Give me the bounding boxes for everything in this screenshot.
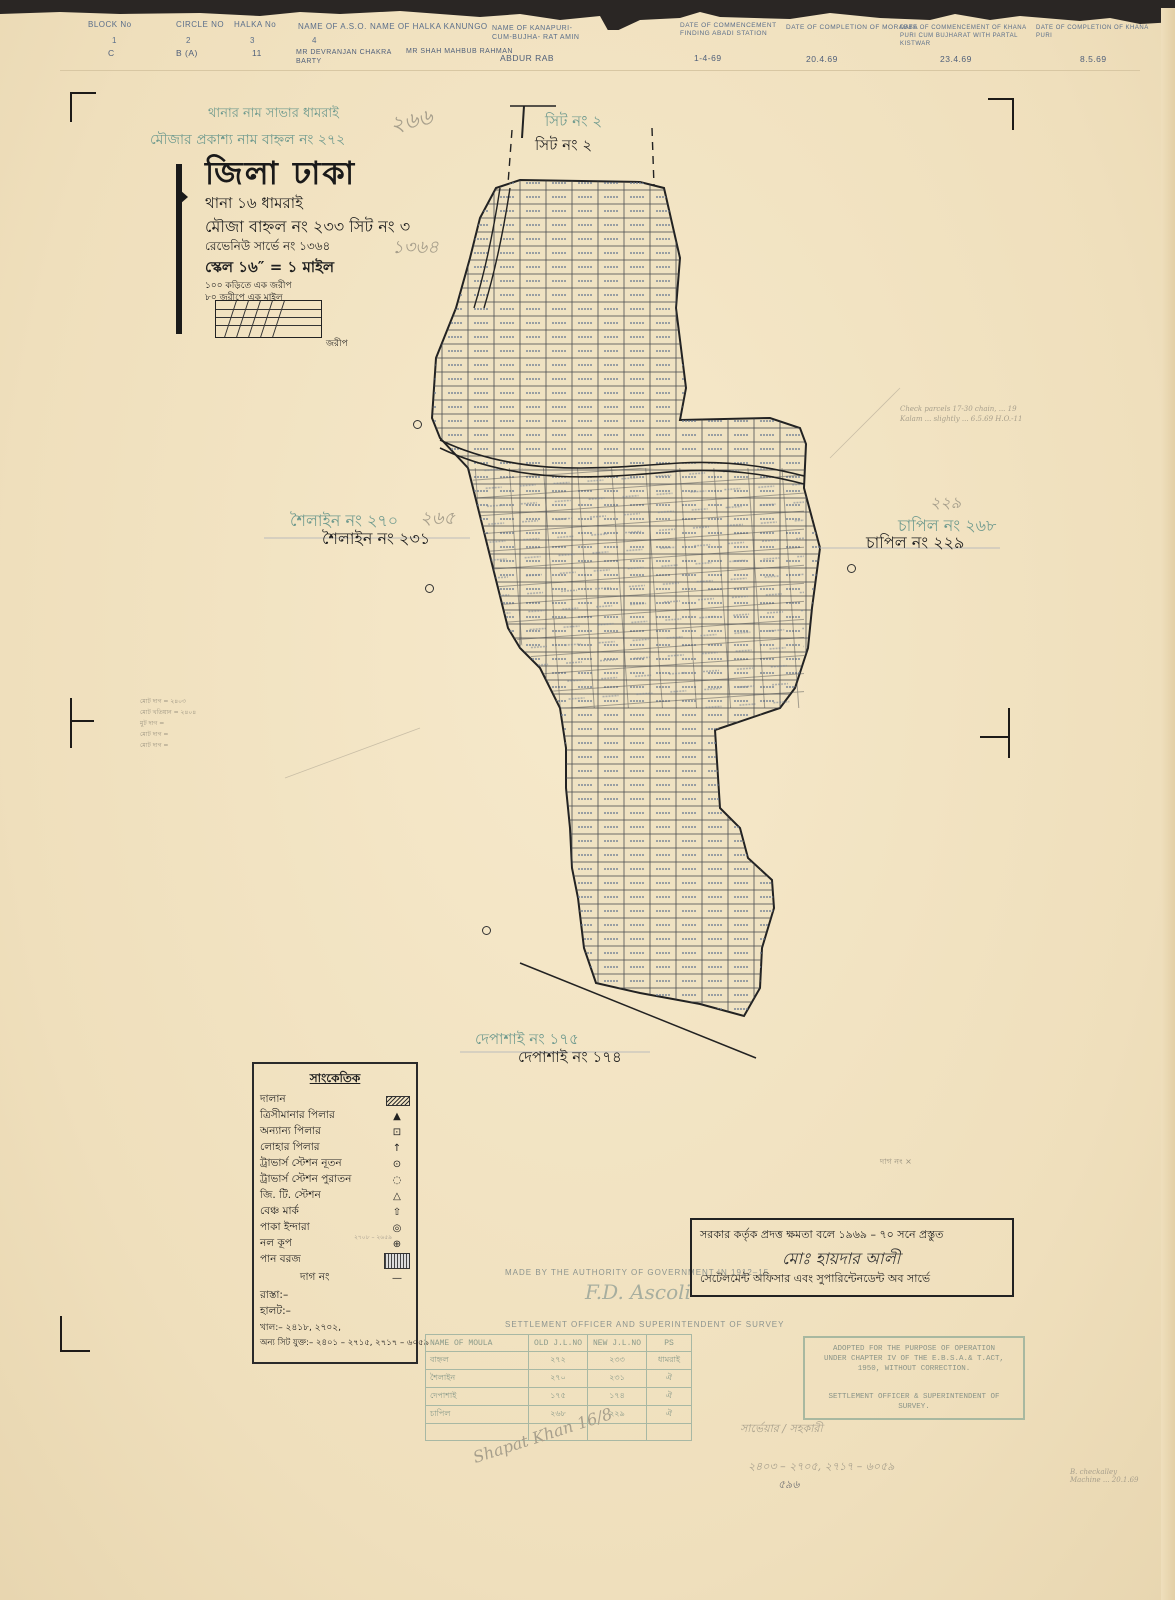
legend-other-sheet: অন্য সিট যুক্ত:– ২৪০১ – ২৭১৫, ২৭১৭ – ৬০৫… bbox=[260, 1336, 430, 1350]
table-cell: ঐ bbox=[647, 1406, 692, 1424]
traverse-station-icon bbox=[413, 420, 422, 429]
tri-junction-pillar-icon: ▲ bbox=[384, 1111, 410, 1122]
legend-item: ট্রাভার্স স্টেশন নূতন⊙ bbox=[260, 1156, 410, 1173]
table-cell: ২৭২ bbox=[529, 1352, 588, 1370]
left-stats: মোট দাগ = ২৪০৩ মোট খতিয়ান = ২৪০৪ মুট দা… bbox=[140, 696, 196, 751]
legend-label: অন্য সিট যুক্ত:– ২৪০১ – ২৭১৫, ২৭১৭ – ৬০৫… bbox=[260, 1336, 429, 1350]
legend-label: দাগ নং bbox=[300, 1270, 330, 1287]
table-row: বাহ্নল ২৭২ ২৩৩ ধামরাই bbox=[426, 1352, 692, 1370]
legend-item: দালান bbox=[260, 1092, 410, 1109]
table-cell: বাহ্নল bbox=[426, 1352, 529, 1370]
adopted-line: SETTLEMENT OFFICER & SUPERINTENDENT OF bbox=[805, 1392, 1023, 1402]
handwritten-note: B. checkalley Machine ... 20.1.69 bbox=[1070, 1468, 1140, 1484]
table-cell: ২৩১ bbox=[588, 1370, 647, 1388]
legend-item: লোহার পিলার↑ bbox=[260, 1140, 410, 1157]
stat-line: মোট দাগ = bbox=[140, 740, 196, 751]
plot-number-icon: — bbox=[384, 1273, 410, 1284]
legend-item: দাগ নং— bbox=[260, 1270, 410, 1287]
pencil-annotation: ২২৯ bbox=[930, 490, 961, 517]
legend-item: পান বরজ bbox=[260, 1252, 410, 1269]
table-header-row: NAME OF MOULA OLD J.L.NO NEW J.L.NO PS bbox=[426, 1335, 692, 1352]
table-cell: ঐ bbox=[647, 1388, 692, 1406]
ascoli-signature: F.D. Ascoli bbox=[585, 1280, 691, 1304]
adopted-stamp-box: ADOPTED FOR THE PURPOSE OF OPERATION UND… bbox=[803, 1336, 1025, 1420]
legend-label: ট্রাভার্স স্টেশন নূতন bbox=[260, 1156, 342, 1173]
legend-label: খাল:– ২৪১৮, ২৭০২, bbox=[260, 1320, 341, 1335]
legend-item: জি. টি. স্টেশন△ bbox=[260, 1188, 410, 1205]
column-header: NAME OF MOULA bbox=[426, 1335, 529, 1352]
boundary-north-old: সিট নং ২ bbox=[545, 110, 602, 135]
legend-label: পান বরজ bbox=[260, 1252, 301, 1269]
traverse-station-icon bbox=[482, 926, 491, 935]
table-cell: ১৭৪ bbox=[588, 1388, 647, 1406]
new-traverse-station-icon: ⊙ bbox=[384, 1159, 410, 1170]
pencil-annotation: ২৬৫ bbox=[420, 504, 455, 535]
settlement-officer-caption: SETTLEMENT OFFICER AND SUPERINTENDENT OF… bbox=[505, 1320, 784, 1329]
column-header: OLD J.L.NO bbox=[529, 1335, 588, 1352]
legend-label: জি. টি. স্টেশন bbox=[260, 1188, 321, 1205]
legend-label: নল কূপ bbox=[260, 1236, 292, 1253]
table-cell: ১৭৫ bbox=[529, 1388, 588, 1406]
table-row: দেপাশাই ১৭৫ ১৭৪ ঐ bbox=[426, 1388, 692, 1406]
legend-item: বেঞ্চ মার্ক⇧ bbox=[260, 1204, 410, 1221]
boundary-west: শৈলাইন নং ২৩১ bbox=[322, 526, 430, 553]
legend-label: দালান bbox=[260, 1092, 286, 1109]
legend-title: সাংকেতিক bbox=[254, 1070, 416, 1090]
stat-line: মুট দাগ = bbox=[140, 718, 196, 729]
table-cell: ধামরাই bbox=[647, 1352, 692, 1370]
legend-haat: হালট:– bbox=[260, 1304, 410, 1321]
legend-label: পাকা ইন্দারা bbox=[260, 1220, 310, 1237]
gov-box-line-2: সেটেলমেন্ট অফিসার এবং সুপারিন্টেনডেন্ট অ… bbox=[700, 1270, 930, 1289]
sheet-edge bbox=[1161, 8, 1175, 1600]
column-header: PS bbox=[647, 1335, 692, 1352]
legend-label: অন্যান্য পিলার bbox=[260, 1124, 321, 1141]
adopted-caption: SETTLEMENT OFFICER & SUPERINTENDENT OF S… bbox=[805, 1392, 1023, 1412]
legend-label: ট্রাভার্স স্টেশন পুরাতন bbox=[260, 1172, 351, 1189]
legend-box: সাংকেতিক দালান ত্রিসীমানার পিলার▲ অন্যান… bbox=[252, 1062, 418, 1364]
legend-item: অন্যান্য পিলার⊡ bbox=[260, 1124, 410, 1141]
stat-line: মোট খতিয়ান = ২৪০৪ bbox=[140, 707, 196, 718]
adopted-line: 1950, WITHOUT CORRECTION. bbox=[805, 1364, 1023, 1374]
old-traverse-station-icon: ◌ bbox=[384, 1175, 410, 1186]
legend-item: ট্রাভার্স স্টেশন পুরাতন◌ bbox=[260, 1172, 410, 1189]
handwritten-note: ২৪০৩ – ২৭০৫, ২৭১৭ – ৬০৫৯ bbox=[748, 1458, 894, 1477]
legend-canal: খাল:– ২৪১৮, ২৭০২, bbox=[260, 1320, 410, 1335]
boundary-south: দেপাশাই নং ১৭৪ bbox=[518, 1046, 622, 1071]
table-cell: শৈলাইন bbox=[426, 1370, 529, 1388]
bench-mark-icon: ⇧ bbox=[384, 1207, 410, 1218]
betel-garden-hatch-icon bbox=[384, 1253, 410, 1269]
stat-line: মোট দাগ = bbox=[140, 729, 196, 740]
other-pillar-icon: ⊡ bbox=[384, 1127, 410, 1138]
officer-signature: মোঃ হায়দার আলী bbox=[782, 1246, 900, 1273]
table-cell: ২৩৩ bbox=[588, 1352, 647, 1370]
legend-label: লোহার পিলার bbox=[260, 1140, 320, 1157]
handwritten-note: ৫৯৬ bbox=[778, 1476, 799, 1495]
boundary-north: সিট নং ২ bbox=[535, 134, 592, 159]
legend-roads: রাস্তা:– bbox=[260, 1288, 410, 1305]
government-authority-box: সরকার কর্তৃক প্রদত্ত ক্ষমতা বলে ১৯৬৯ – ৭… bbox=[690, 1218, 1014, 1297]
column-header: NEW J.L.NO bbox=[588, 1335, 647, 1352]
handwritten-note: সার্ভেয়ার / সহকারী bbox=[740, 1420, 823, 1439]
legend-label: বেঞ্চ মার্ক bbox=[260, 1204, 299, 1221]
legend-label: ত্রিসীমানার পিলার bbox=[260, 1108, 335, 1125]
legend-label: হালট:– bbox=[260, 1304, 291, 1321]
gt-station-icon: △ bbox=[384, 1191, 410, 1202]
gov-box-line-1: সরকার কর্তৃক প্রদত্ত ক্ষমতা বলে ১৯৬৯ – ৭… bbox=[700, 1226, 943, 1245]
building-hatch-icon bbox=[386, 1096, 410, 1106]
legend-label: রাস্তা:– bbox=[260, 1288, 288, 1305]
table-cell: দেপাশাই bbox=[426, 1388, 529, 1406]
adopted-line: ADOPTED FOR THE PURPOSE OF OPERATION bbox=[805, 1344, 1023, 1354]
table-cell: ঐ bbox=[647, 1370, 692, 1388]
legend-item: ত্রিসীমানার পিলার▲ bbox=[260, 1108, 410, 1125]
adopted-line: UNDER CHAPTER IV OF THE E.B.S.A.& T.ACT, bbox=[805, 1354, 1023, 1364]
boundary-east: চাপিল নং ২২৯ bbox=[866, 530, 964, 557]
table-cell: চাপিল bbox=[426, 1406, 529, 1424]
pencil-annotation: Check parcels 17-30 chain, ... 19 Kalam … bbox=[900, 404, 1040, 424]
table-cell: ২৭০ bbox=[529, 1370, 588, 1388]
table-row: শৈলাইন ২৭০ ২৩১ ঐ bbox=[426, 1370, 692, 1388]
traverse-station-icon bbox=[425, 584, 434, 593]
iron-pillar-icon: ↑ bbox=[384, 1143, 410, 1154]
traverse-station-icon bbox=[847, 564, 856, 573]
pencil-annotation: দাগ নং × bbox=[880, 1156, 912, 1169]
pencil-annotation: ২৭০৮ – ২৬৫৯ bbox=[354, 1232, 392, 1243]
stat-line: মোট দাগ = ২৪০৩ bbox=[140, 696, 196, 707]
map-sheet: BLOCK No 1 C CIRCLE NO 2 B (A) HALKA No … bbox=[0, 8, 1175, 1600]
adopted-line: SURVEY. bbox=[805, 1402, 1023, 1412]
